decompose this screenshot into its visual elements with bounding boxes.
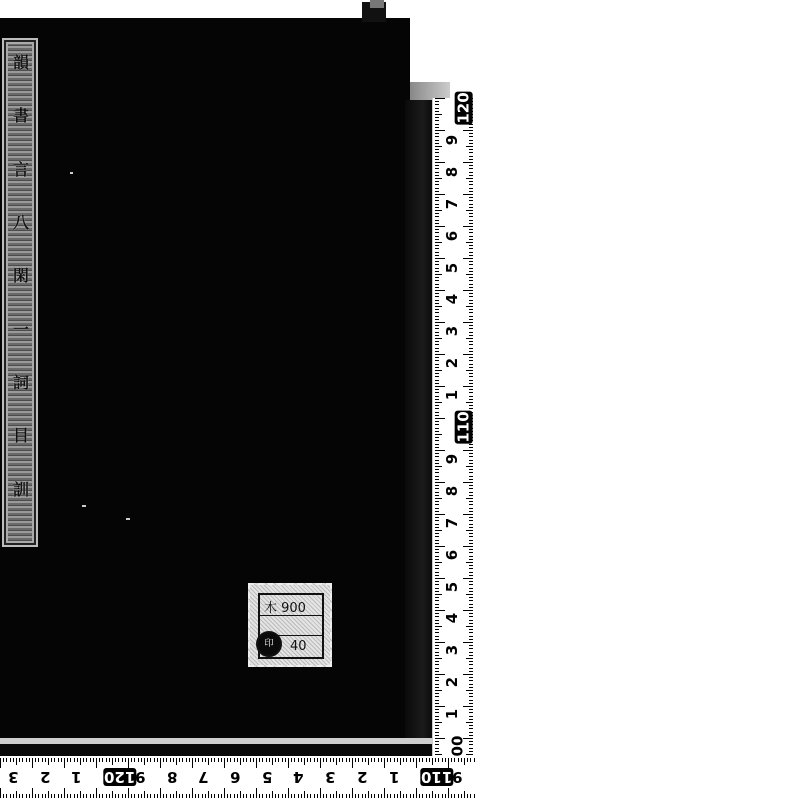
ruler-tick (435, 623, 439, 624)
ruler-tick (469, 133, 473, 134)
ruler-tick (464, 791, 465, 798)
ruler-tick (205, 758, 206, 762)
ruler-tick (384, 758, 385, 768)
ruler-tick (458, 794, 459, 798)
ruler-tick (435, 600, 439, 601)
ruler-tick (442, 758, 443, 762)
ruler-tick (35, 794, 36, 798)
ruler-tick (469, 572, 473, 573)
ruler-tick (416, 788, 417, 798)
title-character: 詞 (10, 370, 32, 393)
ruler-tick (0, 788, 1, 798)
ruler-tick (435, 175, 439, 176)
ruler-tick (469, 591, 473, 592)
ruler-tick (243, 794, 244, 798)
ruler-tick (469, 677, 473, 678)
ruler-tick (426, 794, 427, 798)
title-character: 目 (10, 423, 32, 446)
ruler-tick (469, 575, 473, 576)
ruler-tick (362, 758, 363, 762)
ruler-tick (58, 794, 59, 798)
ruler-tick (435, 114, 442, 115)
ruler-tick (346, 794, 347, 798)
ruler-tick (469, 568, 473, 569)
ruler-tick (435, 357, 439, 358)
ruler-tick (131, 758, 132, 762)
ruler-tick (179, 794, 180, 798)
ruler-tick (80, 791, 81, 798)
ruler-tick (469, 341, 473, 342)
ruler-tick (435, 399, 439, 400)
ruler-tick (435, 178, 442, 179)
ruler-tick (435, 312, 439, 313)
ruler-tick (435, 104, 439, 105)
ruler-tick (435, 495, 439, 496)
ruler-tick (435, 652, 439, 653)
ruler-tick (469, 664, 473, 665)
ruler-tick (463, 130, 473, 131)
ruler-tick (234, 758, 235, 762)
ruler-tick (435, 348, 439, 349)
ruler-tick (464, 758, 465, 765)
ruler-tick (435, 722, 442, 723)
ruler-tick (469, 552, 473, 553)
ruler-tick (435, 428, 439, 429)
ruler-tick (435, 533, 439, 534)
ruler-tick (435, 552, 439, 553)
ruler-tick (469, 684, 473, 685)
ruler-label: 3 (443, 645, 461, 655)
ruler-tick (435, 725, 439, 726)
ruler-tick (266, 758, 267, 762)
ruler-tick (435, 421, 439, 422)
ruler-tick (141, 794, 142, 798)
ruler-tick (202, 758, 203, 762)
ruler-tick (469, 392, 473, 393)
ruler-tick (435, 328, 439, 329)
title-character: 言 (10, 157, 32, 180)
ruler-tick (469, 399, 473, 400)
ruler-tick (469, 696, 473, 697)
ruler-tick (435, 258, 445, 259)
ruler-tick (469, 220, 473, 221)
ruler-tick (61, 794, 62, 798)
ruler-tick (422, 758, 423, 762)
ruler-tick (58, 758, 59, 762)
ruler-tick (469, 687, 473, 688)
ruler-label: 2 (40, 768, 50, 786)
ruler-tick (381, 794, 382, 798)
ruler-tick (463, 162, 473, 163)
ruler-tick (469, 693, 473, 694)
ruler-tick (469, 533, 473, 534)
ruler-tick (469, 332, 473, 333)
ruler-tick (469, 565, 473, 566)
ruler-tick (469, 328, 473, 329)
ruler-tick (285, 794, 286, 798)
ruler-tick (469, 616, 473, 617)
ruler-tick (435, 204, 439, 205)
ruler-tick (435, 271, 439, 272)
ruler-tick (435, 706, 445, 707)
ruler-tick (154, 758, 155, 762)
ruler-tick (323, 758, 324, 762)
ruler-tick (128, 788, 129, 798)
ruler-tick (435, 626, 442, 627)
ruler-tick (310, 794, 311, 798)
ruler-tick (387, 758, 388, 762)
ruler-tick (227, 758, 228, 762)
ruler-tick (445, 758, 446, 762)
ruler-tick (469, 396, 473, 397)
ruler-tick (374, 794, 375, 798)
ruler-tick (435, 575, 439, 576)
ruler-tick (339, 794, 340, 798)
ruler-tick (118, 794, 119, 798)
ruler-tick (435, 488, 439, 489)
ruler-tick (469, 168, 473, 169)
ruler-tick (435, 226, 445, 227)
ruler-tick (435, 367, 439, 368)
ruler-tick (429, 794, 430, 798)
ruler-tick (469, 136, 473, 137)
ruler-tick (435, 508, 439, 509)
ruler-tick (435, 693, 439, 694)
ruler-tick (10, 794, 11, 798)
ruler-tick (435, 578, 445, 579)
ruler-tick (70, 758, 71, 762)
ruler-tick (451, 794, 452, 798)
ruler-tick (269, 794, 270, 798)
ruler-label: 3 (443, 326, 461, 336)
ruler-tick (463, 226, 473, 227)
ruler-tick (13, 794, 14, 798)
ruler-tick (173, 794, 174, 798)
ruler-tick (469, 156, 473, 157)
ruler-tick (256, 788, 257, 798)
ruler-tick (435, 469, 439, 470)
ruler-tick (435, 498, 442, 499)
ruler-tick (333, 794, 334, 798)
ruler-tick (435, 191, 439, 192)
ruler-tick (469, 152, 473, 153)
ruler-tick (182, 794, 183, 798)
ruler-tick (435, 565, 439, 566)
ruler-tick (435, 632, 439, 633)
ruler-tick (6, 794, 7, 798)
ruler-tick (435, 456, 439, 457)
ruler-tick (342, 758, 343, 762)
ruler-tick (384, 788, 385, 798)
ruler-tick (469, 725, 473, 726)
ruler-tick (419, 758, 420, 762)
ruler-tick (435, 748, 439, 749)
stamp-icon: 印 (256, 631, 282, 657)
ruler-tick (256, 758, 257, 768)
ruler-tick (230, 794, 231, 798)
ruler-tick (262, 758, 263, 762)
ruler-tick (320, 758, 321, 768)
ruler-tick (463, 450, 473, 451)
ruler-tick (435, 306, 442, 307)
ruler-tick (435, 492, 439, 493)
ruler-tick (469, 456, 473, 457)
ruler-tick (469, 357, 473, 358)
ruler-tick (435, 613, 439, 614)
ruler-tick (371, 794, 372, 798)
ruler-tick (469, 335, 473, 336)
ruler-tick (469, 408, 473, 409)
ruler-tick (198, 794, 199, 798)
ruler-tick (466, 594, 473, 595)
ruler-tick (246, 758, 247, 762)
ruler-tick (77, 758, 78, 762)
ruler-tick (115, 794, 116, 798)
ruler-tick (435, 101, 439, 102)
ruler-tick (435, 453, 439, 454)
ruler-tick (435, 236, 439, 237)
ruler-tick (368, 758, 369, 765)
ruler-tick (469, 732, 473, 733)
ruler-tick (435, 188, 439, 189)
ruler-tick (469, 549, 473, 550)
ruler-tick (435, 540, 439, 541)
ruler-tick (466, 242, 473, 243)
ruler-tick (435, 373, 439, 374)
ruler-tick (435, 415, 439, 416)
ruler-tick (48, 758, 49, 765)
ruler-tick (469, 472, 473, 473)
ruler-tick (435, 655, 439, 656)
ruler-label: 3 (8, 768, 18, 786)
cover-speck (82, 505, 86, 507)
cover-speck (70, 172, 73, 174)
ruler-tick (435, 293, 439, 294)
ruler-tick (469, 191, 473, 192)
ruler-tick (170, 794, 171, 798)
ruler-tick (435, 527, 439, 528)
ruler-tick (469, 197, 473, 198)
ruler-label: 120 (103, 768, 136, 786)
title-character: 訓 (10, 477, 32, 500)
ruler-tick (469, 517, 473, 518)
ruler-tick (240, 758, 241, 765)
ruler-tick (294, 758, 295, 762)
ruler-tick (435, 524, 439, 525)
ruler-tick (272, 758, 273, 765)
book-top-tab-highlight (370, 0, 384, 8)
ruler-tick (435, 402, 442, 403)
ruler-tick (83, 758, 84, 762)
ruler-tick (435, 687, 439, 688)
ruler-tick (435, 620, 439, 621)
ruler-tick (466, 498, 473, 499)
ruler-tick (469, 236, 473, 237)
ruler-tick (469, 623, 473, 624)
ruler-tick (74, 758, 75, 762)
ruler-tick (458, 758, 459, 762)
ruler-tick (77, 794, 78, 798)
ruler-tick (435, 130, 445, 131)
ruler-tick (29, 758, 30, 762)
ruler-tick (176, 758, 177, 765)
ruler-tick (469, 744, 473, 745)
ruler-tick (469, 504, 473, 505)
ruler-tick (96, 788, 97, 798)
ruler-tick (435, 156, 439, 157)
ruler-tick (435, 376, 439, 377)
ruler-tick (320, 788, 321, 798)
title-slip: 韻書言八閑一詞目訓 (2, 38, 38, 547)
ruler-tick (435, 639, 439, 640)
ruler-tick (138, 794, 139, 798)
ruler-tick (469, 293, 473, 294)
ruler-tick (371, 758, 372, 762)
ruler-label: 00 (448, 736, 466, 757)
ruler-label: 8 (167, 768, 177, 786)
ruler-tick (326, 794, 327, 798)
title-character: 八 (10, 210, 32, 233)
ruler-tick (413, 794, 414, 798)
ruler-tick (435, 716, 439, 717)
ruler-tick (269, 758, 270, 762)
ruler-tick (463, 674, 473, 675)
ruler-tick (435, 741, 439, 742)
ruler-tick (435, 450, 445, 451)
ruler-tick (435, 412, 439, 413)
ruler-tick (435, 642, 445, 643)
ruler-tick (469, 508, 473, 509)
ruler-tick (378, 794, 379, 798)
ruler-tick (435, 572, 439, 573)
ruler-label: 8 (443, 486, 461, 496)
ruler-tick (469, 296, 473, 297)
ruler-tick (150, 758, 151, 762)
ruler-tick (435, 213, 439, 214)
ruler-tick (469, 460, 473, 461)
ruler-tick (469, 453, 473, 454)
ruler-label: 6 (230, 768, 240, 786)
ruler-tick (469, 463, 473, 464)
ruler-tick (470, 758, 471, 762)
ruler-tick (466, 370, 473, 371)
ruler-tick (307, 794, 308, 798)
ruler-tick (435, 396, 439, 397)
ruler-tick (80, 758, 81, 765)
ruler-tick (390, 758, 391, 762)
ruler-tick (211, 794, 212, 798)
ruler-tick (109, 794, 110, 798)
ruler-tick (6, 758, 7, 762)
ruler-tick (397, 794, 398, 798)
ruler-label: 7 (198, 768, 208, 786)
ruler-tick (237, 758, 238, 762)
ruler-tick (435, 127, 439, 128)
ruler-tick (435, 136, 439, 137)
ruler-tick (362, 794, 363, 798)
ruler-label: 1 (71, 768, 81, 786)
ruler-tick (435, 794, 436, 798)
ruler-tick (38, 794, 39, 798)
ruler-label: 3 (325, 768, 335, 786)
ruler-tick (234, 794, 235, 798)
ruler-tick (253, 794, 254, 798)
title-character: 書 (10, 103, 32, 126)
ruler-label: 5 (443, 581, 461, 591)
ruler-tick (469, 597, 473, 598)
ruler-tick (157, 794, 158, 798)
ruler-tick (19, 758, 20, 762)
ruler-tick (469, 213, 473, 214)
ruler-tick (198, 758, 199, 762)
ruler-tick (48, 791, 49, 798)
ruler-tick (378, 758, 379, 762)
ruler-tick (32, 758, 33, 768)
ruler-tick (469, 536, 473, 537)
ruler-tick (435, 636, 439, 637)
ruler-tick (93, 794, 94, 798)
ruler-tick (435, 700, 439, 701)
ruler-tick (170, 758, 171, 762)
ruler-tick (435, 437, 439, 438)
ruler-tick (435, 220, 439, 221)
book-bottom-shadow (0, 744, 435, 756)
ruler-tick (282, 794, 283, 798)
ruler-tick (74, 794, 75, 798)
ruler-tick (339, 758, 340, 762)
ruler-tick (435, 261, 439, 262)
ruler-tick (336, 791, 337, 798)
ruler-tick (358, 758, 359, 762)
ruler-tick (230, 758, 231, 762)
ruler-tick (469, 600, 473, 601)
ruler-tick (435, 245, 439, 246)
ruler-label: 5 (443, 262, 461, 272)
ruler-tick (469, 748, 473, 749)
ruler-tick (435, 466, 442, 467)
ruler-tick (435, 680, 439, 681)
ruler-tick (435, 338, 442, 339)
ruler-tick (469, 165, 473, 166)
ruler-tick (435, 431, 439, 432)
ruler-tick (435, 152, 439, 153)
ruler-tick (435, 370, 442, 371)
ruler-tick (403, 758, 404, 762)
ruler-tick (435, 536, 439, 537)
ruler-tick (310, 758, 311, 762)
ruler-tick (435, 181, 439, 182)
ruler-tick (272, 791, 273, 798)
label-classification: 木 900 (264, 597, 306, 616)
ruler-tick (218, 794, 219, 798)
ruler-tick (435, 229, 439, 230)
ruler-tick (435, 332, 439, 333)
ruler-tick (166, 794, 167, 798)
ruler-tick (474, 758, 475, 762)
ruler-tick (435, 504, 439, 505)
ruler-tick (435, 124, 439, 125)
ruler-tick (86, 794, 87, 798)
ruler-tick (469, 639, 473, 640)
ruler-tick (463, 706, 473, 707)
horizontal-ruler: 3211209876543211109 (0, 756, 474, 800)
ruler-tick (102, 794, 103, 798)
ruler-tick (469, 216, 473, 217)
ruler-tick (448, 788, 449, 798)
ruler-tick (466, 402, 473, 403)
ruler-tick (466, 530, 473, 531)
ruler-tick (16, 791, 17, 798)
